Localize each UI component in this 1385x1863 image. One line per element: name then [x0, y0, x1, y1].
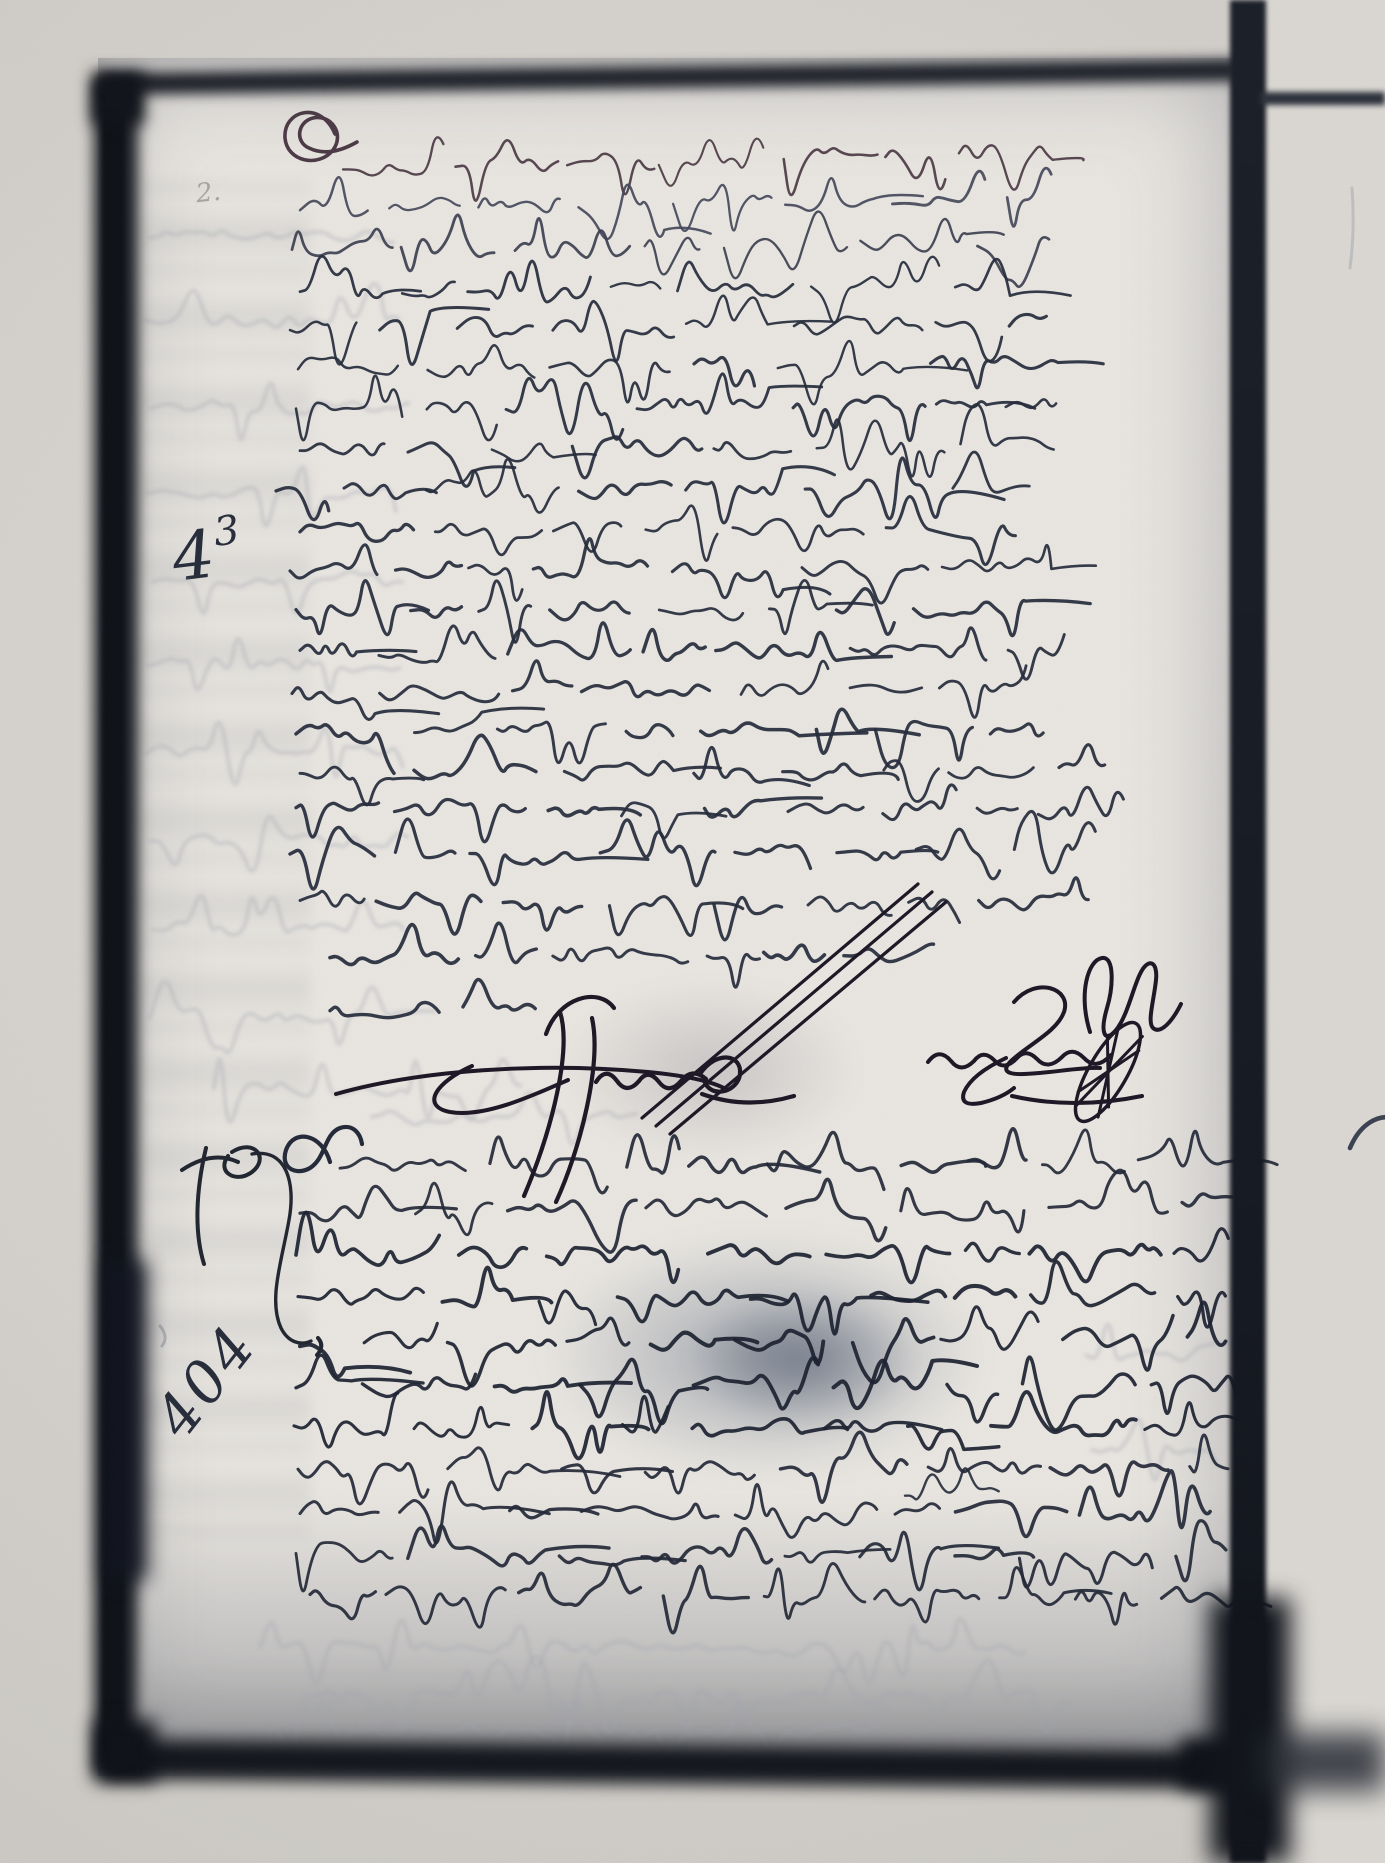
photo-frame: 2. 43 404	[0, 0, 1385, 1863]
right-strip-marks	[0, 0, 1385, 1863]
photo-grain-overlay	[0, 0, 1385, 1863]
